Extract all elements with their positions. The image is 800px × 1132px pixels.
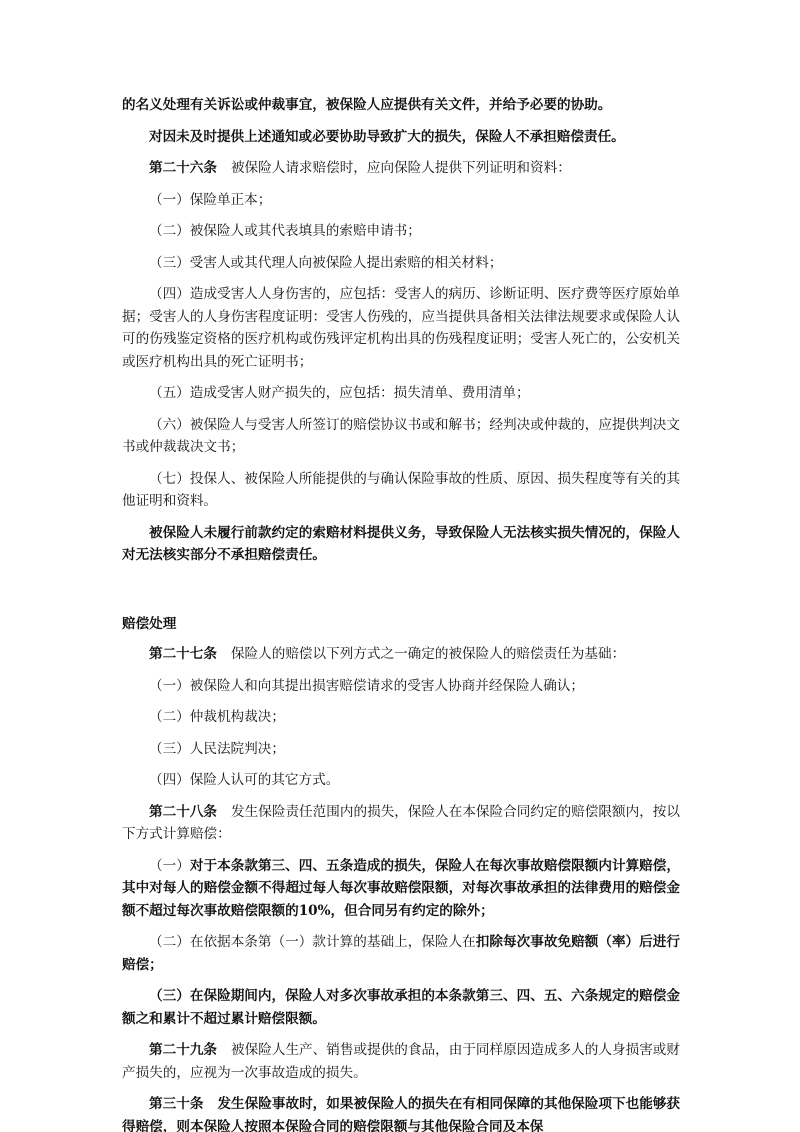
- article-30-label: 第三十条: [149, 1096, 203, 1112]
- article-30: 第三十条发生保险事故时，如果被保险人的损失在有相同保障的其他保险项下也能够获得赔…: [122, 1093, 680, 1132]
- article-28-item-2: （二）在依据本条第（一）款计算的基础上，保险人在扣除每次事故免赔额（率）后进行赔…: [122, 931, 680, 976]
- article-29-label: 第二十九条: [149, 1042, 217, 1058]
- article-26-intro-text: 被保险人请求赔偿时，应向保险人提供下列证明和资料：: [231, 160, 571, 176]
- article-28-item-3: （三）在保险期间内，保险人对多次事故承担的本条款第三、四、五、六条规定的赔偿金额…: [122, 985, 680, 1030]
- document-page: 的名义处理有关诉讼或仲裁事宜，被保险人应提供有关文件，并给予必要的协助。 对因未…: [0, 0, 800, 1132]
- article-26-item-6: （六）被保险人与受害人所签订的赔偿协议书或和解书；经判决或仲裁的，应提供判决文书…: [122, 414, 680, 459]
- paragraph-no-liability: 对因未及时提供上述通知或必要协助导致扩大的损失，保险人不承担赔偿责任。: [122, 126, 680, 149]
- article-26-intro: 第二十六条被保险人请求赔偿时，应向保险人提供下列证明和资料：: [122, 157, 680, 180]
- section-heading: 赔偿处理: [122, 613, 680, 636]
- article-28-item-1-prefix: （一）: [149, 858, 190, 874]
- article-26-closing: 被保险人未履行前款约定的索赔材料提供义务，导致保险人无法核实损失情况的，保险人对…: [122, 522, 680, 567]
- article-27-item-2: （二）仲裁机构裁决；: [122, 706, 680, 729]
- article-26-item-3: （三）受害人或其代理人向被保险人提出索赔的相关材料；: [122, 252, 680, 275]
- article-26-item-2: （二）被保险人或其代表填具的索赔申请书；: [122, 220, 680, 243]
- article-26-item-5: （五）造成受害人财产损失的，应包括：损失清单、费用清单；: [122, 382, 680, 405]
- article-27-intro: 第二十七条保险人的赔偿以下列方式之一确定的被保险人的赔偿责任为基础：: [122, 643, 680, 666]
- article-29: 第二十九条被保险人生产、销售或提供的食品，由于同样原因造成多人的人身损害或财产损…: [122, 1039, 680, 1084]
- article-28-item-1: （一）对于本条款第三、四、五条造成的损失，保险人在每次事故赔偿限额内计算赔偿，其…: [122, 855, 680, 923]
- article-26-item-1: （一）保险单正本；: [122, 189, 680, 212]
- article-28-intro: 第二十八条发生保险责任范围内的损失，保险人在本保险合同约定的赔偿限额内，按以下方…: [122, 801, 680, 846]
- article-27-label: 第二十七条: [149, 646, 217, 662]
- article-28-item-1-text: 对于本条款第三、四、五条造成的损失，保险人在每次事故赔偿限额内计算赔偿，其中对每…: [122, 858, 680, 919]
- article-30-text: 发生保险事故时，如果被保险人的损失在有相同保障的其他保险项下也能够获得赔偿，则本…: [122, 1096, 680, 1132]
- article-26-item-4: （四）造成受害人人身伤害的，应包括：受害人的病历、诊断证明、医疗费等医疗原始单据…: [122, 283, 680, 373]
- article-26-item-7: （七）投保人、被保险人所能提供的与确认保险事故的性质、原因、损失程度等有关的其他…: [122, 468, 680, 513]
- article-27-intro-text: 保险人的赔偿以下列方式之一确定的被保险人的赔偿责任为基础：: [231, 646, 625, 662]
- article-28-label: 第二十八条: [149, 804, 217, 820]
- article-27-item-1: （一）被保险人和向其提出损害赔偿请求的受害人协商并经保险人确认；: [122, 675, 680, 698]
- article-27-item-4: （四）保险人认可的其它方式。: [122, 769, 680, 792]
- text-column: 的名义处理有关诉讼或仲裁事宜，被保险人应提供有关文件，并给予必要的协助。 对因未…: [122, 94, 680, 1132]
- article-28-item-2-regular: （二）在依据本条第（一）款计算的基础上，保险人在: [149, 934, 476, 950]
- paragraph-continuation: 的名义处理有关诉讼或仲裁事宜，被保险人应提供有关文件，并给予必要的协助。: [122, 94, 680, 117]
- article-26-label: 第二十六条: [149, 160, 217, 176]
- article-27-item-3: （三）人民法院判决；: [122, 738, 680, 761]
